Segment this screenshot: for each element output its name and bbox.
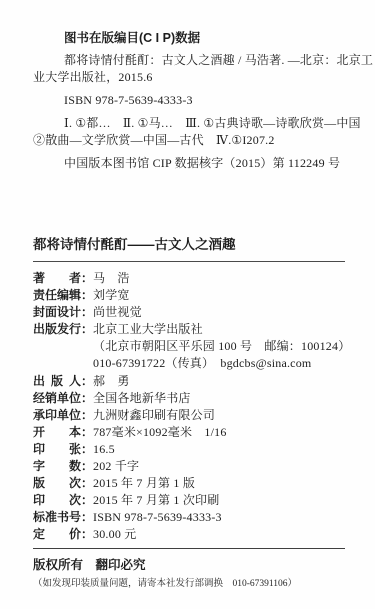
row-responsible-editor-value: 刘学宽: [93, 288, 130, 302]
row-edition-label: 版次: [33, 475, 81, 492]
copyright-notice: 版权所有 翻印必究: [33, 557, 345, 574]
row-edition: 版次：2015 年 7 月第 1 版: [33, 475, 345, 492]
row-price-label: 定价: [33, 526, 81, 543]
row-printed-sheets-label: 印张: [33, 441, 81, 458]
row-responsible-editor-label: 责任编辑: [33, 287, 81, 304]
row-colon: ：: [81, 442, 93, 456]
row-format-value: 787毫米×1092毫米 1/16: [93, 425, 227, 439]
row-colon: ：: [81, 271, 93, 285]
row-cover-design-value: 尚世视觉: [93, 305, 142, 319]
title-divider: [33, 261, 345, 262]
cip-class-line-2: ②散曲—文学欣赏—中国—古代 Ⅳ.①I207.2: [33, 132, 345, 149]
bottom-divider: [33, 548, 345, 549]
row-format: 开本：787毫米×1092毫米 1/16: [33, 424, 345, 441]
row-author: 著者：马 浩: [33, 270, 345, 287]
row-printing-value: 2015 年 7 月第 1 次印刷: [93, 493, 219, 507]
row-standard-isbn-label: 标准书号: [33, 509, 81, 526]
row-standard-isbn-value: ISBN 978-7-5639-4333-3: [93, 510, 222, 524]
row-colon: ：: [81, 374, 93, 388]
cip-title-line-1: 都将诗情付酕酊：古文人之酒趣 / 马浩著. —北京：北京工: [64, 52, 345, 69]
colophon-table: 著者：马 浩 责任编辑：刘学宽 封面设计：尚世视觉 出版发行：北京工业大学出版社…: [33, 270, 345, 544]
row-printer-value: 九洲财鑫印刷有限公司: [93, 408, 215, 422]
row-author-value: 马 浩: [93, 271, 130, 285]
row-colon: ：: [81, 322, 93, 336]
row-publisher-address: （北京市朝阳区平乐园 100 号 邮编：100124）: [33, 338, 345, 355]
cip-title-line-2: 业大学出版社，2015.6: [33, 69, 345, 86]
row-publisher-label: 出版人: [33, 373, 81, 390]
row-publisher: 出版人：郝 勇: [33, 373, 345, 390]
row-printer-label: 承印单位: [33, 407, 81, 424]
row-standard-isbn: 标准书号：ISBN 978-7-5639-4333-3: [33, 509, 345, 526]
cip-record-line: 中国版本图书馆 CIP 数据核字（2015）第 112249 号: [64, 155, 345, 172]
row-cover-design: 封面设计：尚世视觉: [33, 304, 345, 321]
cip-class-line-1: Ⅰ. ①都… Ⅱ. ①马… Ⅲ. ①古典诗歌—诗歌欣赏—中国: [64, 115, 345, 132]
row-printer: 承印单位：九洲财鑫印刷有限公司: [33, 407, 345, 424]
row-colon: ：: [81, 408, 93, 422]
row-publishing-value: 北京工业大学出版社: [93, 322, 203, 336]
row-word-count: 字数：202 千字: [33, 458, 345, 475]
row-word-count-label: 字数: [33, 458, 81, 475]
row-author-label: 著者: [33, 270, 81, 287]
row-responsible-editor: 责任编辑：刘学宽: [33, 287, 345, 304]
row-publisher-value: 郝 勇: [93, 374, 130, 388]
row-publishing: 出版发行：北京工业大学出版社: [33, 321, 345, 338]
quality-note: （如发现印装质量问题，请寄本社发行部调换 010-67391106）: [33, 578, 345, 591]
cip-isbn-line: ISBN 978-7-5639-4333-3: [64, 92, 345, 109]
row-price: 定价：30.00 元: [33, 526, 345, 543]
row-colon: ：: [81, 493, 93, 507]
row-distributor-label: 经销单位: [33, 390, 81, 407]
row-colon: ：: [81, 391, 93, 405]
row-colon: ：: [81, 305, 93, 319]
row-word-count-value: 202 千字: [93, 459, 139, 473]
cip-block: 图书在版编目(C I P)数据 都将诗情付酕酊：古文人之酒趣 / 马浩著. —北…: [33, 30, 345, 172]
row-publisher-contact: 010-67391722（传真） bgdcbs@sina.com: [33, 355, 345, 372]
row-colon: ：: [81, 510, 93, 524]
row-printed-sheets-value: 16.5: [93, 442, 115, 456]
cip-heading: 图书在版编目(C I P)数据: [64, 30, 345, 46]
row-cover-design-label: 封面设计: [33, 304, 81, 321]
row-printing-label: 印次: [33, 492, 81, 509]
row-printing: 印次：2015 年 7 月第 1 次印刷: [33, 492, 345, 509]
book-copyright-page: 图书在版编目(C I P)数据 都将诗情付酕酊：古文人之酒趣 / 马浩著. —北…: [0, 0, 375, 609]
row-price-value: 30.00 元: [93, 527, 136, 541]
row-distributor-value: 全国各地新华书店: [93, 391, 191, 405]
row-printed-sheets: 印张：16.5: [33, 441, 345, 458]
row-format-label: 开本: [33, 424, 81, 441]
row-colon: ：: [81, 288, 93, 302]
row-publishing-label: 出版发行: [33, 321, 81, 338]
row-colon: ：: [81, 459, 93, 473]
row-edition-value: 2015 年 7 月第 1 版: [93, 476, 195, 490]
row-distributor: 经销单位：全国各地新华书店: [33, 390, 345, 407]
row-colon: ：: [81, 425, 93, 439]
row-colon: ：: [81, 476, 93, 490]
row-colon: ：: [81, 527, 93, 541]
book-title: 都将诗情付酕酊——古文人之酒趣: [33, 236, 345, 254]
